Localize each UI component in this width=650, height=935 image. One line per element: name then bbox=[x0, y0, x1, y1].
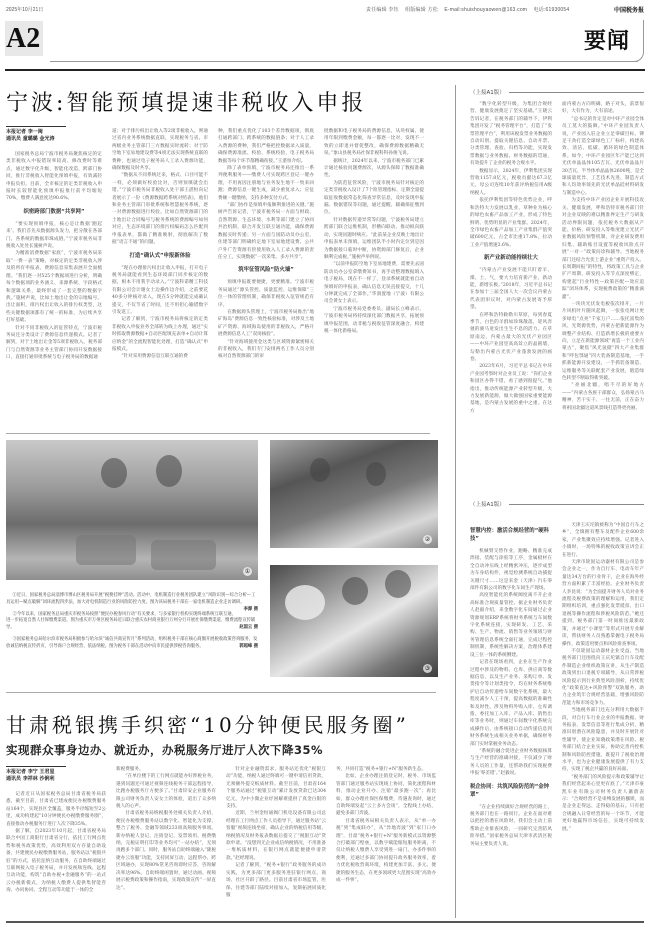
continued-label: （上接A1版） bbox=[470, 500, 505, 508]
article1-headline: 宁波:智能预填提速非税收入申报 bbox=[6, 86, 366, 117]
continued-label: （上接A1版） bbox=[470, 88, 505, 96]
header-rule bbox=[50, 61, 638, 62]
paragraph: 2023年6月，习近平总书记在中环产业园考察时对企业员工说：“你们企业和园区办得… bbox=[470, 363, 552, 415]
caption-3: ③国家税务总局哈尔滨市税务局积极参与哈尔滨“诚信共商宣传月”系列活动，组织税务干… bbox=[6, 637, 258, 651]
paragraph: 据了解，自2023年10月起，甘肃省税务局联合中国工商银行甘肃省分行，依托工行网… bbox=[6, 828, 106, 895]
paragraph: 比如，企业办理注销登记时，税务、市场监管部门通过服务站实现线上协同，简化流程和材… bbox=[336, 773, 436, 817]
column-divider bbox=[455, 85, 456, 918]
hat-shape bbox=[285, 585, 325, 620]
right-bottom-column-2: 天津王庆坨镇被称为“中国自行车之乡”，全镇拥有整车及配件企业600余家，产业集聚… bbox=[562, 522, 644, 912]
paragraph: “数据从不同系统过来，格式、口径可能不一样，必须做好校验比对，否则预填就会出错。… bbox=[112, 172, 208, 246]
byline-correspondents: 通讯员 李祥林 沙俐利 bbox=[6, 776, 66, 783]
page-bottom-rule bbox=[6, 921, 644, 923]
paragraph: 面内蒙古方向明确，路子对头，前景很好，大有作为，大有前途。 bbox=[562, 101, 644, 116]
article2-column-4: 务，共同打造“税务+银行+N”服务新生态。 比如，企业办理注销登记时，税务、市场… bbox=[336, 766, 436, 916]
photo-number: ② bbox=[423, 535, 432, 544]
byline-correspondents: 通讯员 童璐璐 金光涛 bbox=[6, 136, 66, 143]
paragraph: “针对海域使用金这类与区域资源紧密相关的非税收入，我们专门安排两名工作人员分别核… bbox=[218, 339, 314, 361]
photo-number: ① bbox=[243, 567, 252, 576]
editor: 责任编辑 李钰 bbox=[366, 7, 399, 13]
paragraph: 国家税务总局宁波市税务局聚焦核定的定类非税收入中报错误率较高、修改费时等难点，通… bbox=[6, 151, 102, 203]
article2-column-1: 本报记者 李宁 王君星 通讯员 李祥林 沙俐利 记者近日从国家税务总局甘肃省税务… bbox=[6, 766, 106, 916]
figure-shape bbox=[342, 577, 368, 605]
paragraph: 机械臂交替作业，跑略、精准完成焊接、装配与涂胶等工序，金属板材在全自动冲压线上经… bbox=[470, 548, 552, 592]
layout-editor: 组版编辑 方松 bbox=[405, 7, 438, 13]
page-number: A2 bbox=[5, 21, 43, 56]
byline-reporter: 本报记者 李宁 王君星 bbox=[6, 769, 66, 776]
right-top-column-1: “数字化转型升级，为集团合规经营、健康发展奠定了坚实基础。”王晓云告诉记者，在税… bbox=[470, 101, 552, 453]
right-bottom-continued: （上接A1版） bbox=[470, 500, 644, 508]
paragraph: 针对企业融资需求，服务站还优化“税银互动”功能，纳税人通过终端可一键申请信用贷款… bbox=[226, 766, 326, 810]
right-top-continued: （上接A1版） bbox=[470, 88, 644, 96]
paragraph: “系统的融合促进企业财务数据核算与生产经营的准确对接，不仅减少了财务人员的工作量… bbox=[470, 748, 552, 778]
caption-1: ①近日，国家税务总局淄博市博山区税务局开展“税務挂钟”活动。活动中，电机制造行业… bbox=[6, 593, 258, 607]
right-bottom-column-1: 智慧内控：激活合规经营的“硬科技” 机械臂交替作业，跑略、精准完成焊接、装配与涂… bbox=[470, 522, 552, 912]
photo-tax-booth: ② bbox=[270, 440, 438, 548]
paragraph: 针对数据传递异常等问题，宁波税务局建立跨部门联合运维机制，形横向联动、推动纵向联… bbox=[324, 217, 424, 261]
paragraph: 甘肃省税务局相关负责人表示，从“单一办税”到“集成联办”，从“异地奔波”到“家门… bbox=[336, 818, 436, 885]
section-title: 要闻 bbox=[584, 24, 630, 55]
paragraph: 为精准消费数据“家底”，宁波市税务局采取“一费一表”策略，对核定的定类非税收入涉… bbox=[6, 250, 102, 324]
article1-bottom-rule bbox=[6, 433, 430, 434]
article2-subheadline: 实现群众事身边办、就近办，办税服务厅进厅人次下降35% bbox=[6, 742, 323, 758]
paragraph: 记者近日从国家税务总局甘肃省税务局获悉，截至目前，甘肃省已建成便民办税缴费服务站… bbox=[6, 791, 106, 828]
paragraph: “数字化转型升级，为集团合规经营、健康发展奠定了坚实基础。”王晓云告诉记者，在税… bbox=[470, 101, 552, 168]
paragraph: “在单位楼下的工行网点就能办好涉税业务，遇到问题还可通过视频连线税务干部远程指导… bbox=[116, 773, 216, 810]
photo-captions: ①近日，国家税务总局淄博市博山区税务局开展“税務挂钟”活动。活动中，电机制造行业… bbox=[6, 593, 258, 656]
article2-column-2: 新税费服务。 “在单位楼下的工行网点就能办好涉税业务，遇到问题还可通过视频连线税… bbox=[116, 766, 216, 916]
paragraph: 为支持中环产业园企业开展科技攻关、健康发展，呼和浩特市税务部门针对企业反映的难以… bbox=[562, 197, 644, 301]
right-bottom-subtitle-2: 税企协同：共筑风险防范的“金钟罩” bbox=[470, 783, 552, 799]
paragraph: “部门协作是预填申报顺利推进的关键。”施树声告诉记者，宁波市税务局一方面与财政、… bbox=[218, 202, 314, 261]
article2-byline: 本报记者 李宁 王君星 通讯员 李祥林 沙俐利 bbox=[6, 766, 66, 783]
issue-date: 2025年10月21日 bbox=[6, 6, 43, 13]
figure-shape bbox=[156, 455, 182, 487]
top-divider bbox=[5, 69, 645, 71]
figure-shape bbox=[310, 458, 330, 482]
paragraph: 天津市轮固运动器材有限公司是参会企业之一，作为自行车、电动车年产量达34万台的行… bbox=[562, 559, 644, 648]
paragraph: 记者了解到，宁波市税务局将核定的定类非税收入申报业务全部转为线上办理，通过“实时… bbox=[112, 316, 208, 353]
photo-credit: 赵国云 摄 bbox=[233, 625, 258, 632]
paragraph: “针对采用费源信息互联互通的费 bbox=[112, 353, 208, 360]
paragraph: 当地税务部门还充分利用大数据手段，对自行车行业企业的申报数据、财务报表、发票信息… bbox=[562, 707, 644, 774]
paragraph: 记者了解到，“税务+银行”政务服务的成功实践，为更多部门更多服务进驻银行网点、商… bbox=[226, 862, 326, 899]
continued-rule bbox=[509, 504, 644, 505]
machine-shape bbox=[76, 535, 136, 565]
article1-subtitle-3: 筑牢征管风险“防火墙” bbox=[218, 266, 314, 274]
photo-bottom-rule bbox=[6, 692, 436, 693]
paragraph: 种，我们重点优化了103个差异数据项，彻底打通跨部门、跨系统的数据链条；对于人工… bbox=[218, 128, 314, 165]
right-bottom-subtitle-1: 智慧内控：激活合规经营的“硬科技” bbox=[470, 527, 552, 543]
paragraph: 依托伊利集团等特色优势企业，呼和浩特大力发展以乳业、草种业为核心的绿色农畜产品加… bbox=[470, 197, 552, 249]
paragraph: “以前申报防空地下室易地建费，需要先去国防动员办公室拿缴费知书，再手动整理数据填… bbox=[324, 261, 424, 305]
photo-credit: 李源 摄 bbox=[237, 607, 258, 614]
paragraph: 在呼和浩特敕勒川草原，每到春夏季节，白色的羊群如珍珠散落，迎风奔驰的骏马迸发出生… bbox=[470, 312, 552, 364]
photo-number: ③ bbox=[423, 664, 432, 673]
paper-name: 中国税务报 bbox=[614, 5, 644, 14]
paragraph: “现在办理排污权出让收入申报，打开电子税务局就能看到生态环境部门同步核定的数据，… bbox=[112, 265, 208, 317]
paragraph: 预填申报既要便捷，更要精准。宁波市税务局通过“源头管控、质量监控、运维保障”三位… bbox=[218, 279, 314, 309]
continued-rule bbox=[509, 92, 644, 93]
figure-shape bbox=[101, 458, 127, 488]
article1-subtitle-1: 织密跨部门数据“共享网” bbox=[6, 208, 102, 216]
header-curve bbox=[634, 20, 644, 62]
article1-subtitle-2: 打造“确认式”申报新体验 bbox=[112, 252, 208, 260]
paragraph: 高度智能化的系统阔度离不开企业高标准合规质量管控。据企业财务负责人赵毅介绍，来金… bbox=[470, 592, 552, 659]
caption-text: ③国家税务总局哈尔滨市税务局积极参与哈尔滨“诚信共商宣传月”系列活动，组织税务干… bbox=[6, 637, 257, 649]
article1-column-1: 本报记者 李一闽 通讯员 童璐璐 金光涛 国家税务总局宁波市税务局聚焦核定的定类… bbox=[6, 126, 102, 426]
article2-headline: 甘肃税银携手织密“10分钟便民服务圈” bbox=[6, 709, 409, 738]
email: E-mail:shuishouyaowen@163.com bbox=[444, 7, 527, 13]
article1-column-3: 种，我们重点优化了103个差异数据项，彻底打通跨部门、跨系统的数据链条；对于人工… bbox=[218, 128, 314, 428]
paragraph: 不仅轮固运动器材企业受益，当地税务部门还围绕向王庆坨镇自行车及配件制造企业组织政… bbox=[562, 648, 644, 707]
caption-2: ②今年以来，国家税务总局重庆市税务局按照“便民办税春风行动”有关要求，与多家银行… bbox=[6, 612, 258, 632]
paragraph: “总书记的肯定是对中环产业园全体员工莫大的鼓舞。”中环产业园负责人说，产业园入驻… bbox=[562, 116, 644, 197]
paragraph: 道；对于排污权出让收入等2项非税收入，则通过省内业务系统数据直联，实现税务与省、… bbox=[112, 128, 208, 172]
paragraph: 新税费服务。 bbox=[116, 766, 216, 773]
caption-text: ①近日，国家税务总局淄博市博山区税务局开展“税務挂钟”活动。活动中，电机制造行业… bbox=[6, 593, 255, 605]
paragraph: “内蒙古产业发展不能只盯着羊、煤、土、气，要大力培育新产业、新动能，新增长极。”… bbox=[470, 267, 552, 311]
paragraph: 数据显示，2024年，伊利集团实现营收1157.8亿元，税收贡献达67.3亿元，… bbox=[470, 168, 552, 198]
paragraph: 在数据源头管理上，宁波市税务局推出“地矿海岛”费源信息一致性核验标准，对涉及土地… bbox=[218, 309, 314, 339]
paragraph: “税务部门的风险提示和政策辅导让我们经营起来心里更有底了。”天津市豪凯车业有限公… bbox=[562, 774, 644, 833]
right-top-subtitle: 新产业新动能持续壮大 bbox=[470, 254, 552, 262]
right-top-column-2: 面内蒙古方向明确，路子对头，前景很好，大有作为，大有前途。 “总书记的肯定是对中… bbox=[562, 101, 644, 453]
article1-byline: 本报记者 李一闽 通讯员 童璐璐 金光涛 bbox=[6, 126, 66, 143]
paragraph: 针对不同非税收入的征管特点，宁波市税务局还分类设计了费源信息传递模式。记者了解到… bbox=[6, 325, 102, 362]
paragraph: 记者在现场看到，企业在生产作业过程中涉及的物料、仓库、供应商等数据信息，以及生产… bbox=[470, 659, 552, 748]
editor-info: 责任编辑 李钰 组版编辑 方松 E-mail:shuishouyaowen@16… bbox=[366, 6, 569, 13]
machine-shape bbox=[151, 540, 216, 570]
paragraph: “要实现预填申报，核心是让数据‘跑起来’。我们首先从数据源头发力，把分散在各部门… bbox=[6, 221, 102, 251]
phone: 电话:61930054 bbox=[534, 7, 570, 13]
paragraph: 一块块光伏发电板依次排开，一片片风机叶片随风起舞，一张张电网让更多绿电“点亮”千… bbox=[562, 301, 644, 382]
paragraph: 务，共同打造“税务+银行+N”服务新生态。 bbox=[336, 766, 436, 773]
photo-tax-consult: ③ bbox=[270, 565, 438, 677]
article1-column-4: 批数据和电子税务局的费源信息，从块权属、使用年限到缴费金额，每一都逐一比对，发现… bbox=[324, 128, 424, 428]
byline-reporter: 本报记者 李一闽 bbox=[6, 129, 66, 136]
paragraph: 除了表单预填，宁波市税务局还推出一系列便利服务——缴费人可实现跨区登记一键办理，… bbox=[218, 165, 314, 202]
paragraph: “在企业持续做好合规经营的路上，税务部门也在一路同行。企业在面对难以把控的潜在风… bbox=[470, 804, 552, 848]
article1-column-2: 道；对于排污权出让收入等2项非税收入，则通过省内业务系统数据直联，实现税务与省、… bbox=[112, 128, 208, 428]
paragraph: 近期，兰州金恒通阀门机电设备有限公司总经理在工行网点工作人员指导下，通过服务站“… bbox=[226, 810, 326, 862]
paragraph: 据统计，2024年以来，宁波市税务部门已累计通过核验问题费源次，从源头保障了数据… bbox=[324, 158, 424, 180]
paragraph: 为防范征管风险，宁波市税务局针对核定的定类非税收入设计了7个险管理指标，定期全量… bbox=[324, 180, 424, 217]
article2-column-3: 针对企业融资需求，服务站还优化“税银互动”功能，纳税人通过终端可一键申请信用贷款… bbox=[226, 766, 326, 916]
paragraph: 宁波市税务局党委委员、副局长立峰表示，宁波市税务局将持续深化部门数据共享，拓展预… bbox=[324, 306, 424, 336]
photo-motor-factory: ① bbox=[6, 440, 258, 580]
photo-credit: 郭超峰 摄 bbox=[233, 644, 258, 651]
paragraph: 甘肃省税务局纳税服务处相关负责人介绍，便民办税缴费服务站以数字化、智能化为支撑，… bbox=[116, 810, 216, 891]
figure-shape bbox=[385, 570, 411, 598]
paragraph: “亮丽北疆，唱不尽的好地方——”内蒙古各族干部群众，弘扬蒙古马精神，苦干实干、一… bbox=[562, 382, 644, 412]
caption-text: ②今年以来，国家税务总局重庆市税务局按照“便民办税春风行动”有关要求，与多家银行… bbox=[6, 612, 255, 631]
figure-shape bbox=[366, 462, 386, 486]
paragraph: 批数据和电子税务局的费源信息，从块权属、使用年限到缴费金额，每一都逐一比对，发现… bbox=[324, 128, 424, 158]
paragraph: 天津王庆坨镇被称为“中国自行车之乡”，全镇拥有整车及配件企业600余家，产业集聚… bbox=[562, 522, 644, 559]
masthead-top-line: 2025年10月21日 责任编辑 李钰 组版编辑 方松 E-mail:shuis… bbox=[6, 4, 644, 14]
